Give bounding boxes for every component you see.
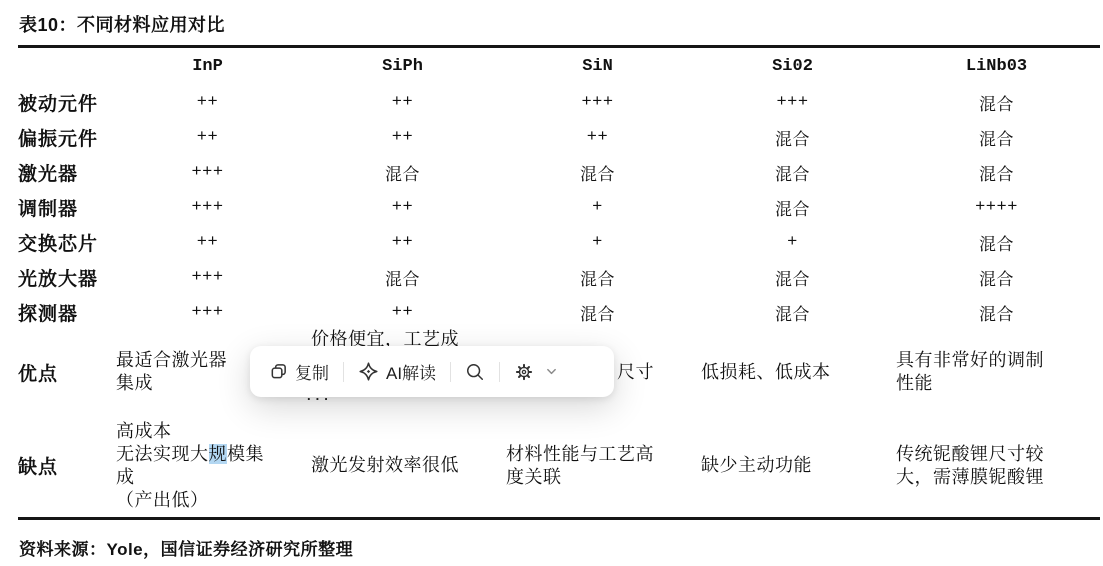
table-cell: ++ xyxy=(305,303,500,322)
cell-text: 缺少主动功能 xyxy=(701,454,890,477)
table-cell: 具有非常好的调制性能 xyxy=(890,349,1103,395)
table-row: 调制器++++++混合++++ xyxy=(0,190,1103,225)
toolbar-divider xyxy=(450,362,451,382)
table-cell: 混合 xyxy=(500,160,695,186)
table-cell: 混合 xyxy=(695,125,890,151)
row-label: 缺点 xyxy=(0,452,110,479)
row-label: 优点 xyxy=(0,359,110,386)
search-icon xyxy=(465,362,485,382)
table-title: 表10：不同材料应用对比 xyxy=(19,11,225,37)
column-header: InP xyxy=(110,57,305,76)
table-cell: +++ xyxy=(695,93,890,112)
table-cell: 混合 xyxy=(500,300,695,326)
table-cell: ++ xyxy=(110,93,305,112)
table-cell: +++ xyxy=(110,163,305,182)
table-cell: 混合 xyxy=(890,160,1103,186)
cell-text: 传统铌酸锂尺寸较大，需薄膜铌酸锂 xyxy=(896,443,1103,489)
table-cell: 混合 xyxy=(305,160,500,186)
copy-icon xyxy=(269,362,288,381)
table-cell: +++ xyxy=(110,198,305,217)
table-cell: 混合 xyxy=(695,160,890,186)
copy-label: 复制 xyxy=(295,359,329,384)
table-cell: 混合 xyxy=(890,300,1103,326)
table-cell: 低损耗、低成本 xyxy=(695,361,890,384)
table-row: 偏振元件++++++混合混合 xyxy=(0,120,1103,155)
table-cell: ++ xyxy=(305,93,500,112)
table-cell: 混合 xyxy=(305,265,500,291)
table-cell: ++ xyxy=(305,128,500,147)
column-header: LiNb03 xyxy=(890,57,1103,76)
bottom-rule xyxy=(18,517,1100,520)
table-row: 探测器+++++混合混合混合 xyxy=(0,295,1103,330)
ai-interpret-label: AI解读 xyxy=(386,359,436,384)
source-note: 资料来源：Yole，国信证券经济研究所整理 xyxy=(19,535,353,560)
cell-text: 无法实现大 xyxy=(116,444,209,464)
table-cell: 混合 xyxy=(695,195,890,221)
table-cell: 激光发射效率很低 xyxy=(305,454,500,477)
table-cell: + xyxy=(695,233,890,252)
table-cell: 混合 xyxy=(890,230,1103,256)
column-header: SiN xyxy=(500,57,695,76)
selection-popup-toolbar: 复制 AI解读 xyxy=(250,346,614,397)
table-cell: +++ xyxy=(500,93,695,112)
table-cell: ++ xyxy=(305,233,500,252)
gear-icon xyxy=(514,362,534,382)
table-cell: 混合 xyxy=(695,300,890,326)
table-cell: 混合 xyxy=(890,125,1103,151)
ai-interpret-button[interactable]: AI解读 xyxy=(358,359,436,384)
table-header-row: InPSiPhSiNSi02LiNb03 xyxy=(0,48,1103,85)
row-label: 偏振元件 xyxy=(0,124,110,151)
table-cell: 混合 xyxy=(500,265,695,291)
toolbar-divider xyxy=(343,362,344,382)
table-cell: 传统铌酸锂尺寸较大，需薄膜铌酸锂 xyxy=(890,443,1103,489)
table-cell: + xyxy=(500,198,695,217)
table-row: 被动元件++++++++++混合 xyxy=(0,85,1103,120)
table-cell: ++ xyxy=(500,128,695,147)
ai-sparkle-icon xyxy=(358,361,379,382)
materials-table: InPSiPhSiNSi02LiNb03 被动元件++++++++++混合偏振元… xyxy=(0,48,1103,517)
chevron-down-icon xyxy=(546,366,557,377)
table-cell: 混合 xyxy=(890,265,1103,291)
table-cell: 混合 xyxy=(695,265,890,291)
table-cell: 高成本无法实现大规模集成（产出低） xyxy=(110,420,305,512)
table-cell: +++ xyxy=(110,268,305,287)
cell-text: 具有非常好的调制性能 xyxy=(896,349,1103,395)
table-cell: ++ xyxy=(110,128,305,147)
selected-text: 规 xyxy=(209,444,228,464)
toolbar-divider xyxy=(499,362,500,382)
table-cell: 材料性能与工艺高度关联 xyxy=(500,443,695,489)
row-label: 激光器 xyxy=(0,159,110,186)
copy-button[interactable]: 复制 xyxy=(269,359,329,384)
cell-text: 模集 xyxy=(227,444,264,464)
cell-text: 材料性能与工艺高度关联 xyxy=(506,443,695,489)
table-cell: +++ xyxy=(110,303,305,322)
table-cell: 混合 xyxy=(890,90,1103,116)
document-page: 表10：不同材料应用对比 InPSiPhSiNSi02LiNb03 被动元件++… xyxy=(0,0,1103,566)
settings-button[interactable] xyxy=(514,362,557,382)
table-cell: ++ xyxy=(110,233,305,252)
table-body: 被动元件++++++++++混合偏振元件++++++混合混合激光器+++混合混合… xyxy=(0,85,1103,330)
cell-text: 低损耗、低成本 xyxy=(701,361,890,384)
search-button[interactable] xyxy=(465,362,485,382)
row-label: 光放大器 xyxy=(0,264,110,291)
column-header: Si02 xyxy=(695,57,890,76)
table-cell: ++ xyxy=(305,198,500,217)
cell-text: 激光发射效率很低 xyxy=(311,454,500,477)
cell-text: 高成本无法实现大规模集成（产出低） xyxy=(116,420,305,512)
row-label: 被动元件 xyxy=(0,89,110,116)
table-row-cons: 缺点高成本无法实现大规模集成（产出低）激光发射效率很低材料性能与工艺高度关联缺少… xyxy=(0,414,1103,517)
table-row: 交换芯片++++++混合 xyxy=(0,225,1103,260)
table-cell: ++++ xyxy=(890,198,1103,217)
table-cell: + xyxy=(500,233,695,252)
table-row: 激光器+++混合混合混合混合 xyxy=(0,155,1103,190)
column-header: SiPh xyxy=(305,57,500,76)
row-label: 探测器 xyxy=(0,299,110,326)
row-label: 调制器 xyxy=(0,194,110,221)
row-label: 交换芯片 xyxy=(0,229,110,256)
table-cell: 缺少主动功能 xyxy=(695,454,890,477)
table-row: 光放大器+++混合混合混合混合 xyxy=(0,260,1103,295)
